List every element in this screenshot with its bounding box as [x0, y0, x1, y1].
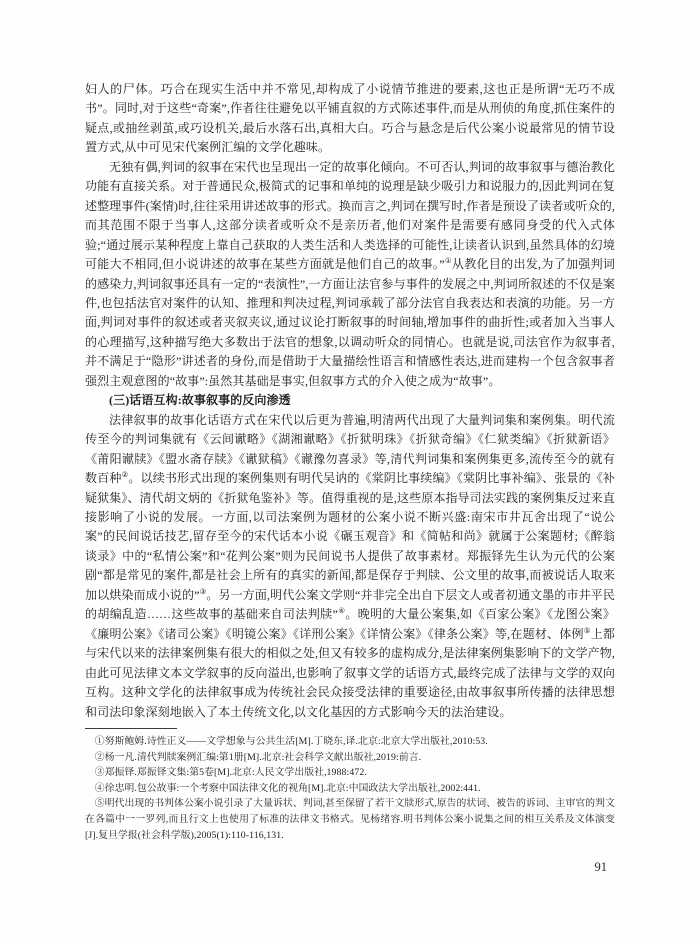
footnote-item: ②杨一凡.清代判牍案例汇编:第1册[M].北京:社会科学文献出版社,2019:前…: [85, 750, 615, 766]
document-page: 妇人的尸体。巧合在现实生活中并不常见,却构成了小说情节推进的要素,这也正是所谓“…: [0, 0, 700, 943]
page-number: 91: [85, 860, 607, 875]
paragraph: 妇人的尸体。巧合在现实生活中并不常见,却构成了小说情节推进的要素,这也正是所谓“…: [85, 80, 615, 158]
footnote-ref: ④: [338, 606, 345, 615]
body-text: 妇人的尸体。巧合在现实生活中并不常见,却构成了小说情节推进的要素,这也正是所谓“…: [85, 80, 615, 722]
footnote-ref: ②: [122, 470, 129, 479]
footnote-ref: ⑤: [584, 626, 591, 635]
footnotes: ①努斯鲍姆.诗性正义——文学想象与公共生活[M].丁晓东,译.北京:北京大学出版…: [85, 734, 615, 843]
footnote-ref: ③: [200, 587, 207, 596]
footnote-item: ⑤明代出现的书判体公案小说引录了大量诉状、判词,甚至保留了若干文牍形式,原告的状…: [85, 796, 615, 843]
footnote-item: ③郑振铎.郑振铎文集:第5卷[M].北京:人民文学出版社,1988:472.: [85, 765, 615, 781]
paragraph: 无独有偶,判词的叙事在宋代也呈现出一定的故事化倾向。不可否认,判词的故事叙事与德…: [85, 158, 615, 391]
paragraph: 法律叙事的故事化话语方式在宋代以后更为普遍,明清两代出现了大量判词集和案例集。明…: [85, 411, 615, 722]
footnote-item: ④徐忠明.包公故事:一个考察中国法律文化的视角[M].北京:中国政法大学出版社,…: [85, 781, 615, 797]
footnote-item: ①努斯鲍姆.诗性正义——文学想象与公共生活[M].丁晓东,译.北京:北京大学出版…: [85, 734, 615, 750]
footnote-ref: ①: [445, 256, 452, 265]
page-content: 妇人的尸体。巧合在现实生活中并不常见,却构成了小说情节推进的要素,这也正是所谓“…: [85, 80, 615, 843]
footnote-separator: [85, 728, 177, 729]
section-heading: (三)话语互构:故事叙事的反向渗透: [85, 391, 615, 410]
